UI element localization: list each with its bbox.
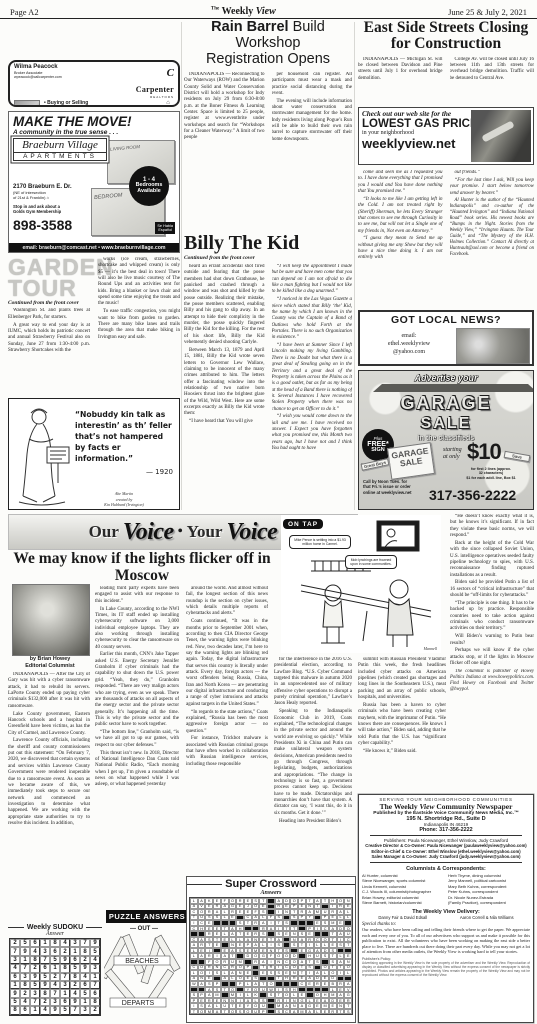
garage-ad-phone: 317-356-2222 xyxy=(429,487,516,503)
title-pre: The Weekly xyxy=(380,802,420,811)
carpenter-brand-sub: REALTORS xyxy=(136,96,174,99)
garage-ad-arch-text: Advertise your xyxy=(359,373,533,383)
banner-voice: Voice xyxy=(123,519,174,546)
text-item: “I have been at Sumner Since I left Linc… xyxy=(272,343,353,413)
text-item: Sales Manager & Co-Owner: Judy Crawford … xyxy=(362,854,530,860)
grid-cell: 2 xyxy=(40,998,50,1006)
grid-cell: C xyxy=(283,1009,291,1015)
text-item: To ease traffic congestion, you might wa… xyxy=(98,309,180,341)
article-column: heard an errant accidental shot fired ou… xyxy=(184,264,265,496)
gas-nozzle-icon xyxy=(481,120,514,142)
details-line3: $1 for each addl. line, Box $1 xyxy=(455,476,527,480)
garden-tour-title: GARDEN TOUR xyxy=(8,257,90,299)
text-item: A great way to end your day is at IUMC, … xyxy=(8,323,90,355)
text-item: for the interference in the 2016 U.S. pr… xyxy=(274,657,352,708)
grid-cell: 8 xyxy=(80,947,90,955)
text-item: works (ice cream, strawberries, shortcak… xyxy=(98,257,180,308)
grid-cell: 1 xyxy=(20,956,30,964)
grid-row: 923871456 xyxy=(10,989,100,997)
abe-martin-cartoon xyxy=(9,399,75,509)
save-sign: Save xyxy=(504,451,531,462)
grid-cell: 4 xyxy=(80,973,90,981)
grid-cell: O xyxy=(198,1009,206,1015)
garage-roof-graphic xyxy=(373,384,534,392)
sudoku-title: Weekly SUDOKU xyxy=(8,924,102,931)
article-column: Washington St. and plants trees at Ellen… xyxy=(8,308,90,380)
text-item: Perhaps we will know if the cyber attack… xyxy=(450,648,534,667)
sign-label: SIGN xyxy=(371,448,384,454)
grid-cell: 9 xyxy=(80,964,90,972)
masthead-info-box: SERVING YOUR NEIGHBORHOOD COMMUNITIES Th… xyxy=(358,794,534,1023)
text-item: Heading into President Biden’s xyxy=(274,819,352,825)
grid-cell: P xyxy=(259,1009,267,1015)
issue-date: June 25 & July 2, 2021 xyxy=(448,7,527,17)
housing-realtor-icons: ⌂ R xyxy=(162,100,174,107)
grid-cell: 3 xyxy=(90,964,100,972)
grid-cell: 6 xyxy=(20,1006,30,1014)
grid-cell: O xyxy=(244,1009,252,1015)
headline-line2: Registration Opens xyxy=(184,52,352,68)
text-item: Biden said he provided Putin a list of 1… xyxy=(450,580,534,599)
grid-cell: 2 xyxy=(80,956,90,964)
grid-cell: 1 xyxy=(30,1006,40,1014)
grid-cell: 7 xyxy=(60,973,70,981)
grid-row: 861495732 xyxy=(10,1006,100,1014)
grid-cell: 8 xyxy=(70,973,80,981)
grid-cell: 4 xyxy=(40,1006,50,1014)
page-label: Page A2 xyxy=(10,7,39,17)
staff-roles: Creative Director & Co-Owner: Paula Nice… xyxy=(362,843,530,860)
text-item: Speaking to the Indianapolis Economic Cl… xyxy=(274,709,352,817)
text-item: Earlier this month, CNN’s Jake Tapper as… xyxy=(95,652,179,728)
grid-cell: 5 xyxy=(20,939,30,947)
braeburn-script-name: Braeburn Village xyxy=(14,139,106,152)
text-item: Creative Director & Co-Owner: Paula Nice… xyxy=(362,843,530,849)
box-label: LIVING ROOM xyxy=(108,138,175,155)
realtor-ad: Wilma Peacock Broker Associate wpeacock@… xyxy=(8,60,180,107)
text-item: Aaron Correll & Nila Williams xyxy=(460,915,514,920)
grid-row: 185943267 xyxy=(10,981,100,989)
text-item: This threat isn’t new. In 2018, Director… xyxy=(95,751,179,789)
grid-cell: M xyxy=(205,1009,213,1015)
grid-cell: 1 xyxy=(60,989,70,997)
masthead-the: The xyxy=(211,7,219,12)
sudoku-title-text: Weekly SUDOKU xyxy=(27,924,83,931)
special-thanks-text: Our readers, who have been calling and t… xyxy=(362,927,530,955)
author-bio: Al Hunter is the author of the “Haunted … xyxy=(450,198,535,258)
editorial-column-b: leading third party experts have been en… xyxy=(95,586,179,852)
grid-cell: 2 xyxy=(60,947,70,955)
house-icon: ⌂ xyxy=(47,195,49,200)
grid-row: 256184379 xyxy=(10,939,100,947)
grid-cell: 9 xyxy=(70,998,80,1006)
grid-cell: 6 xyxy=(70,956,80,964)
apartments-headline: MAKE THE MOVE! xyxy=(9,112,179,129)
newspaper-masthead: The Weekly View xyxy=(211,6,276,17)
crossword-grid: LAKEFORESTADOPTATHONAVERAGEJOEREPENTIREC… xyxy=(189,897,353,1015)
text-item: • Buying or Selling xyxy=(44,100,162,106)
grid-cell: 1 xyxy=(40,939,50,947)
grid-cell: M xyxy=(298,1009,306,1015)
habla-line1: Se Habla xyxy=(157,224,173,228)
rain-barrel-article: Rain Barrel Build Workshop Registration … xyxy=(184,20,352,244)
grid-cell: 2 xyxy=(10,939,20,947)
banner-your: Your xyxy=(187,522,223,542)
grid-cell: T xyxy=(221,1009,229,1015)
whispering-kids-photo xyxy=(456,328,530,364)
out-answer-word: BEACHES xyxy=(125,958,159,965)
columnists-right: Herb Thyme, dining columnistJerry Mannel… xyxy=(448,873,530,907)
grid-cell: 9 xyxy=(30,973,40,981)
grid-cell: 8 xyxy=(60,964,70,972)
text-item: Washington St. and plants trees at Ellen… xyxy=(8,308,90,321)
garden-tour-article: GARDEN TOUR Continued from the front cov… xyxy=(8,257,180,395)
letter-excerpts: out friends.”“For the last time I ask, W… xyxy=(450,170,535,197)
banner-bullet-icon: • xyxy=(178,524,183,540)
bio-text: Al Hunter is the author of the “Haunted … xyxy=(450,198,535,258)
credit-line3: Kin Hubbard (Irvington) xyxy=(75,502,173,507)
address2-line2: of 21st & Franklin) xyxy=(13,195,45,200)
rain-barrel-headline: Rain Barrel Build Workshop Registration … xyxy=(184,20,352,68)
grid-cell: 5 xyxy=(60,1006,70,1014)
grid-cell: 6 xyxy=(50,947,60,955)
se-habla-espanol: Se HablaEspañol xyxy=(155,222,175,234)
gym-line2: Golds Gym Membership xyxy=(13,209,61,214)
apartments-phone: 898-3588 xyxy=(13,217,97,234)
divider xyxy=(370,835,522,836)
grid-cell: O xyxy=(229,1009,237,1015)
braeburn-apartments-label: APARTMENTS xyxy=(14,152,106,160)
column-divider xyxy=(181,22,182,510)
grid-cell: 9 xyxy=(90,939,100,947)
article-column: works (ice cream, strawberries, shortcak… xyxy=(98,257,180,393)
headline-strong: Rain Barrel xyxy=(211,19,288,35)
on-tap-label: ON TAP xyxy=(283,519,323,529)
grid-cell: 7 xyxy=(10,947,20,955)
grid-cell xyxy=(267,1009,275,1015)
text-item: INDIANAPOLIS — Reconnecting to Our Water… xyxy=(184,72,265,142)
text-item: “In regards to the state actions,” Coats… xyxy=(186,710,268,735)
east-side-article: East Side Streets Closing for Constructi… xyxy=(358,20,534,105)
article-column: “I will keep the appointment I made but … xyxy=(272,264,353,496)
grid-cell: 2 xyxy=(70,981,80,989)
grid-cell: 9 xyxy=(20,947,30,955)
abe-martin-quote: “Nobuddy kin talk as interestin’ as th’ … xyxy=(75,409,173,464)
article-column: INDIANAPOLIS — Michigan St. will be clos… xyxy=(358,57,443,105)
crossword-title: Super Crossword xyxy=(187,878,355,890)
grid-cell: 5 xyxy=(40,973,50,981)
text-item: “For the last time I ask, Will you keep … xyxy=(450,178,535,197)
grid-cell: 4 xyxy=(10,964,20,972)
grid-cell: 3 xyxy=(80,1006,90,1014)
bedrooms-badge: 1 - 4 Bedrooms Available xyxy=(129,166,169,206)
delivery-names: Danny Fair & David EdsallAaron Correll &… xyxy=(362,915,530,920)
text-item: College Av. will be closed until July 16… xyxy=(450,57,535,82)
call-instructions: Call by Noon Tues. for that Fri.’s issue… xyxy=(363,479,429,495)
email-line1: email: xyxy=(362,332,456,340)
abe-martin-quote-box: “Nobuddy kin talk as interestin’ as th’ … xyxy=(8,398,180,510)
grid-row: 472618593 xyxy=(10,964,100,972)
apartments-ad: MAKE THE MOVE! A community in the true s… xyxy=(8,111,180,253)
cartoon-speech-bubble: Mike Pence is settling into a $1.93 mill… xyxy=(289,535,351,549)
grid-cell: 1 xyxy=(50,964,60,972)
grid-cell: U xyxy=(252,1009,260,1015)
sudoku-answer-block: Weekly SUDOKU Answer 2561843797943621853… xyxy=(8,924,102,1016)
crossword-title-rest: Crossword xyxy=(256,878,317,890)
grid-cell: 5 xyxy=(80,989,90,997)
grid-cell: 8 xyxy=(20,981,30,989)
article-column: INDIANAPOLIS — Reconnecting to Our Water… xyxy=(184,72,265,244)
at-only-label: at only xyxy=(443,454,462,461)
grid-cell: 7 xyxy=(20,964,30,972)
editorial-column-e: summit with Russian President Vladimir P… xyxy=(358,657,446,791)
starting-at-only: startingat only xyxy=(443,447,462,460)
grid-row: 794362185 xyxy=(10,947,100,955)
columnist-photo xyxy=(12,584,90,656)
garage-sale-ad: Advertise your GARAGE SALE in the classi… xyxy=(358,370,534,510)
column-divider xyxy=(354,22,355,510)
grid-cell: 6 xyxy=(80,981,90,989)
grid-cell: T xyxy=(337,1009,345,1015)
editorial-column-d: for the interference in the 2016 U.S. pr… xyxy=(274,657,352,870)
continued-note: Continued from the front cover xyxy=(184,255,352,261)
text-item: summit with Russian President Vladimir P… xyxy=(358,657,446,701)
grid-cell: R xyxy=(329,1009,337,1015)
text-item: (Family Practice), correspondent xyxy=(448,900,530,906)
grid-cell: 4 xyxy=(50,981,60,989)
grid-cell: 8 xyxy=(40,989,50,997)
columnists-lists: Al Hunter, columnistSteve Nicewanger, sp… xyxy=(362,873,530,907)
crossword-subtitle: Answers xyxy=(187,890,355,896)
cartoonist-signature: Mannell xyxy=(424,646,437,651)
grid-cell: 9 xyxy=(10,989,20,997)
grid-cell: 5 xyxy=(50,956,60,964)
sudoku-grid: 2561843797943621853187596244726185936395… xyxy=(9,938,101,1016)
divider xyxy=(370,862,522,863)
grid-row: 318759624 xyxy=(10,956,100,964)
page-header: Page A2 The Weekly View June 25 & July 2… xyxy=(0,0,537,19)
grid-cell: 8 xyxy=(50,939,60,947)
call-line3: online at weeklyview.net xyxy=(363,490,429,495)
gas-prices-promo: Check out our web site for the LOWEST GA… xyxy=(358,107,534,165)
grid-cell: 3 xyxy=(60,981,70,989)
editorial-bio: The columnist is publisher of Howey Poli… xyxy=(450,669,534,694)
grid-cell: 6 xyxy=(30,939,40,947)
text-item: Lawrence County officials, including the… xyxy=(8,738,90,827)
text-item: For instance, Trickbot malware is associ… xyxy=(186,736,268,768)
newspaper-title: The Weekly View Community Newspaper xyxy=(362,802,530,811)
grid-cell: E xyxy=(321,1009,329,1015)
grid-row: 639527841 xyxy=(10,973,100,981)
grid-cell: S xyxy=(344,1009,352,1015)
grid-cell: 5 xyxy=(30,981,40,989)
carpenter-c-icon: C xyxy=(167,67,174,79)
article-column: per household can register. All particip… xyxy=(272,72,353,244)
text-item: come and seen me as I requested you to. … xyxy=(358,170,443,195)
equal-housing-icon: ⌂ xyxy=(162,100,174,107)
grid-cell: 5 xyxy=(70,964,80,972)
grid-cell: S xyxy=(275,1009,283,1015)
byline: by Brian Howey Editorial Columnist xyxy=(8,656,92,670)
continued-note: Continued from the front cover xyxy=(8,300,90,306)
columnists-header: Columnists & Correspondents: xyxy=(362,866,530,872)
quote-year: — 1920 xyxy=(75,468,173,476)
grid-cell: 9 xyxy=(60,956,70,964)
text-item: “I noticed in the Las Vegas Gazette a pi… xyxy=(272,297,353,341)
grid-cell: 7 xyxy=(90,981,100,989)
grid-cell: 9 xyxy=(40,981,50,989)
text-item: “I have heard that You will give xyxy=(184,419,265,425)
grid-cell: 4 xyxy=(60,939,70,947)
sudoku-subtitle: Answer xyxy=(8,931,102,937)
grid-cell: 7 xyxy=(70,1006,80,1014)
grid-cell: 6 xyxy=(90,989,100,997)
gym-offer: Stop in and ask about aGolds Gym Members… xyxy=(13,204,97,214)
grid-cell: 2 xyxy=(20,989,30,997)
grid-cell: 2 xyxy=(90,1006,100,1014)
columnists-left: Al Hunter, columnistSteve Nicewanger, sp… xyxy=(362,873,444,907)
banner-our: Our xyxy=(89,522,119,542)
text-item: “The principle is one thing. It has to b… xyxy=(450,601,534,633)
apartments-tagline: A community in the true sense . . . xyxy=(9,129,179,138)
masthead-weekly: Weekly xyxy=(222,6,254,17)
grid-cell: 3 xyxy=(50,998,60,1006)
carpenter-logo: C Carpenter REALTORS xyxy=(136,64,174,99)
text-item: Back at the height of the Cold War with … xyxy=(450,541,534,579)
out-word-puzzle-answer: — OUT — BEACHES DEPARTS xyxy=(104,926,184,1022)
text-item: The evening will include information abo… xyxy=(272,99,353,143)
grid-cell: 1 xyxy=(10,981,20,989)
great-buys-sign: Great Buys xyxy=(361,458,390,471)
text-item: leading third party experts have been en… xyxy=(95,586,179,605)
text-item: “I will keep the appointment I made but … xyxy=(272,264,353,296)
grid-cell: 7 xyxy=(40,956,50,964)
realtor-name: Wilma Peacock xyxy=(14,64,62,71)
byline-name: by Brian Howey xyxy=(8,656,92,663)
grid-cell: A xyxy=(290,1009,298,1015)
grid-cell: 8 xyxy=(30,956,40,964)
realtor-email: wpeacock@callcarpenter.com xyxy=(14,75,62,79)
article-column: College Av. will be closed until July 16… xyxy=(450,57,535,105)
billy-article-continued: come and seen me as I requested you to. … xyxy=(358,170,534,306)
article-column: come and seen me as I requested you to. … xyxy=(358,170,443,306)
text-item: Between March 13, 1879 and April 15, 188… xyxy=(184,348,265,418)
grid-cell: 4 xyxy=(20,998,30,1006)
text-item: Lake County government, Eastern Hancock … xyxy=(8,712,90,737)
grid-cell: 5 xyxy=(10,998,20,1006)
grid-cell: A xyxy=(213,1009,221,1015)
grid-cell: 8 xyxy=(10,1006,20,1014)
text-item: INDIANAPOLIS — After the City of Gary wa… xyxy=(8,672,90,710)
grid-cell: 5 xyxy=(90,947,100,955)
email-line2: ethel.weeklyview xyxy=(362,340,456,348)
crossword-answer-block: Super Crossword Answers LAKEFORESTADOPTA… xyxy=(186,876,356,1023)
realtor-services: • Buying or Selling• Free Market Analysi… xyxy=(40,100,162,107)
billy-the-kid-article: Billy The Kid Continued from the front c… xyxy=(184,233,352,496)
grid-cell: 2 xyxy=(50,973,60,981)
grid-cell: 2 xyxy=(30,964,40,972)
headline-line1: East Side Streets Closing xyxy=(358,20,534,36)
braeburn-logo: Braeburn Village APARTMENTS xyxy=(13,138,107,161)
yard-sign-graphic: GARAGESALE xyxy=(387,442,435,480)
editorial-headline: We may know if the lights flicker off in… xyxy=(8,550,276,584)
grid-cell: 4 xyxy=(70,989,80,997)
headline-line2: for Construction xyxy=(358,36,534,52)
title-line2: TOUR xyxy=(8,278,90,299)
grid-cell: 4 xyxy=(30,947,40,955)
grid-cell: 4 xyxy=(90,956,100,964)
text-item: INDIANAPOLIS — Michigan St. will be clos… xyxy=(358,57,443,82)
text-item: heard an errant accidental shot fired ou… xyxy=(184,264,265,346)
grid-cell: 9 xyxy=(50,1006,60,1014)
apartments-address2: (NE of intersectionof 21st & Franklin) ⌂ xyxy=(13,191,97,201)
text-item: “I guess they mean to Send me up without… xyxy=(358,236,443,261)
grid-cell: 8 xyxy=(90,998,100,1006)
grid-cell: 7 xyxy=(80,939,90,947)
grid-cell: 6 xyxy=(40,964,50,972)
grid-cell: A xyxy=(306,1009,314,1015)
text-item: “It looks to me like I am getting left i… xyxy=(358,197,443,235)
political-cartoon: ON TAP Mike Pence is settling into a xyxy=(281,515,441,653)
newspaper-page: Page A2 The Weekly View June 25 & July 2… xyxy=(0,0,537,1024)
grid-cell: 1 xyxy=(90,973,100,981)
text-item: Will Biden’s warning to Putin bear resul… xyxy=(450,634,534,647)
text-item: • Free Market Analysis xyxy=(44,106,162,107)
text-item: “The bottom line,” Granholm said, “is we… xyxy=(95,730,179,749)
text-item: per household can register. All particip… xyxy=(272,72,353,97)
editorial-column-a: INDIANAPOLIS — After the City of Gary wa… xyxy=(8,672,90,912)
office-phone: Phone: 317-356-2222 xyxy=(362,827,530,833)
text-item: The columnist is publisher of Howey Poli… xyxy=(450,669,534,693)
article-column: out friends.”“For the last time I ask, W… xyxy=(450,170,535,306)
grid-cell: 3 xyxy=(70,939,80,947)
text-item: Russia has been a haven to cyber crimina… xyxy=(358,703,446,747)
byline-title: Editorial Columnist xyxy=(8,663,92,670)
garage-word: GARAGE xyxy=(359,393,533,414)
title-post: Community Newspaper xyxy=(434,802,512,811)
starting-label: starting xyxy=(443,447,462,454)
puzzle-answers-bar: PUZZLE ANSWERS xyxy=(106,910,188,923)
banner-voice: Voice xyxy=(227,519,278,546)
apartments-details: 2170 Braeburn E. Dr. (NE of intersection… xyxy=(13,184,97,234)
crossword-title-strong: Super xyxy=(225,878,256,890)
grid-cell: S xyxy=(236,1009,244,1015)
text-item: Danny Fair & David Edsall xyxy=(378,915,427,920)
grid-row: 547236918 xyxy=(10,998,100,1006)
grid-cell: 6 xyxy=(10,973,20,981)
badge-line3: Available xyxy=(137,189,160,195)
publishers-policy-text: Advertising appearing in the Weekly View… xyxy=(362,961,530,977)
got-local-news-box: GOT LOCAL NEWS? email: ethel.weeklyview … xyxy=(358,310,534,366)
editorial-column-f: “He doesn’t know exactly what it is, but… xyxy=(450,514,534,792)
text-item: In Lake County, according to the NWI Tim… xyxy=(95,607,179,651)
text-item: around the world. And almost without fai… xyxy=(186,586,268,618)
text-item: Coats continued, “It was in the months p… xyxy=(186,619,268,708)
grid-cell: 7 xyxy=(50,989,60,997)
text-item: “He doesn’t know exactly what it is, but… xyxy=(450,514,534,539)
cartoon-speech-bubble: Mob lynchings are frowned upon in some c… xyxy=(345,555,397,569)
grid-cell: T xyxy=(190,1009,198,1015)
grid-row: TOMATOSOUPSCAMALERTS xyxy=(190,1009,352,1015)
apartments-contact-bar: email: braeburn@comcast.net • www.braebu… xyxy=(9,243,179,252)
column-paragraphs: “He doesn’t know exactly what it is, but… xyxy=(450,514,534,669)
cartoon-credit: Abe Martin created by Kin Hubbard (Irvin… xyxy=(75,491,173,507)
grid-cell: 7 xyxy=(30,998,40,1006)
got-news-email: email: ethel.weeklyview @yahoo.com xyxy=(362,328,456,364)
grid-cell: 3 xyxy=(30,989,40,997)
grid-cell: L xyxy=(314,1009,322,1015)
yard-sign-line2: SALE xyxy=(399,456,423,469)
